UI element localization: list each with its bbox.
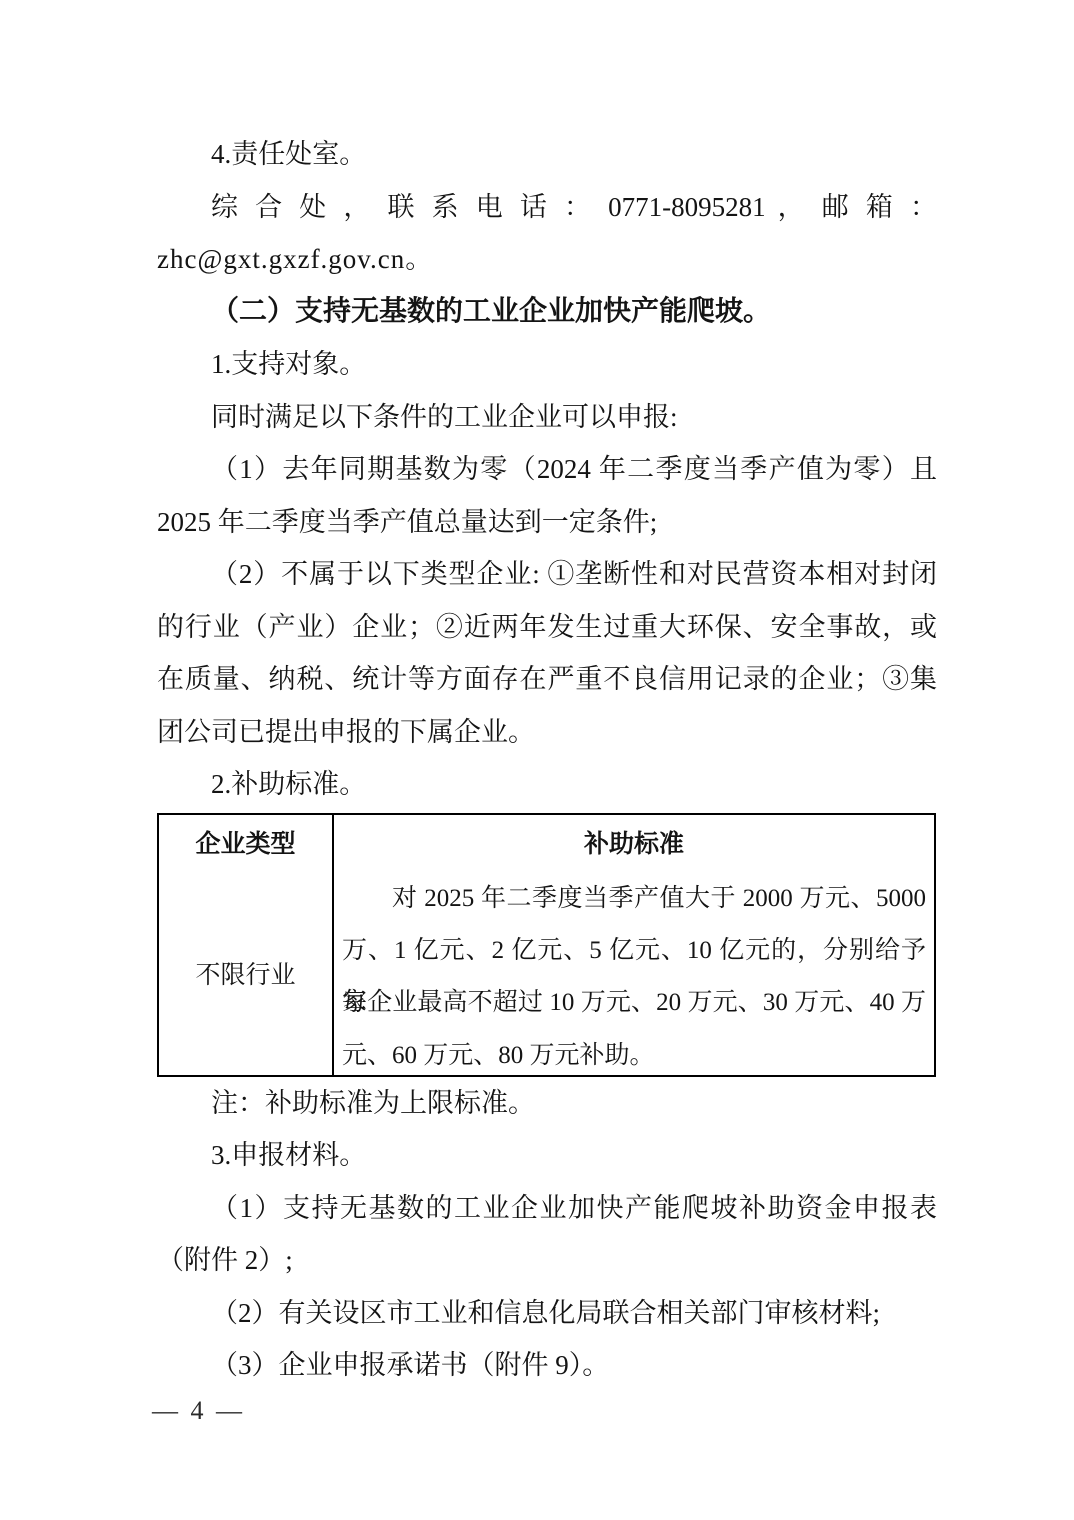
page-number: — 4 —	[152, 1396, 245, 1426]
document-page: 4.责任处室。 综 合 处 ， 联 系 电 话 ： 0771-8095281 ，…	[0, 0, 1074, 1520]
line-responsible-office: 4.责任处室。	[157, 128, 937, 181]
line-item-1-support-target: 1.支持对象。	[157, 338, 937, 391]
subsidy-table: 企业类型 不限行业 补助标准 对 2025 年二季度当季产值大于 2000 万元…	[157, 813, 936, 1077]
table-column-company-type: 企业类型 不限行业	[159, 815, 334, 1075]
line-condition-2b: 的行业（产业）企业；②近两年发生过重大环保、安全事故，或	[157, 601, 937, 654]
table-cell-company-type: 不限行业	[159, 871, 332, 1075]
line-material-2: （2）有关设区市工业和信息化局联合相关部门审核材料;	[157, 1287, 937, 1340]
table-header-standard: 补助标准	[342, 815, 926, 871]
table-cell-standard: 对 2025 年二季度当季产值大于 2000 万元、5000 万、1 亿元、2 …	[342, 871, 926, 1083]
table-column-standard: 补助标准 对 2025 年二季度当季产值大于 2000 万元、5000 万、1 …	[334, 815, 934, 1075]
standard-line-2: 万、1 亿元、2 亿元、5 亿元、10 亿元的，分别给予每	[342, 925, 926, 977]
table-header-company-type: 企业类型	[159, 815, 332, 871]
line-condition-2d: 团公司已提出申报的下属企业。	[157, 706, 937, 759]
line-condition-2a: （2）不属于以下类型企业: ①垄断性和对民营资本相对封闭	[157, 548, 937, 601]
document-body: 4.责任处室。 综 合 处 ， 联 系 电 话 ： 0771-8095281 ，…	[157, 0, 937, 1392]
line-intro-conditions: 同时满足以下条件的工业企业可以申报:	[157, 391, 937, 444]
line-material-1a: （1）支持无基数的工业企业加快产能爬坡补助资金申报表	[157, 1182, 937, 1235]
line-material-1b: （附件 2）;	[157, 1234, 937, 1287]
line-note: 注：补助标准为上限标准。	[157, 1077, 937, 1130]
line-condition-1b: 2025 年二季度当季产值总量达到一定条件;	[157, 496, 937, 549]
line-contact-info: 综 合 处 ， 联 系 电 话 ： 0771-8095281 ， 邮 箱 ：	[157, 181, 937, 234]
line-email: zhc@gxt.gxzf.gov.cn。	[157, 233, 937, 286]
line-condition-1a: （1）去年同期基数为零（2024 年二季度当季产值为零）且	[157, 443, 937, 496]
line-material-3: （3）企业申报承诺书（附件 9）。	[157, 1339, 937, 1392]
standard-line-4: 元、60 万元、80 万元补助。	[342, 1030, 926, 1082]
standard-line-1: 对 2025 年二季度当季产值大于 2000 万元、5000	[342, 873, 926, 925]
line-item-3-application-materials: 3.申报材料。	[157, 1129, 937, 1182]
standard-line-3: 家企业最高不超过 10 万元、20 万元、30 万元、40 万	[342, 977, 926, 1029]
line-condition-2c: 在质量、纳税、统计等方面存在严重不良信用记录的企业；③集	[157, 653, 937, 706]
line-item-2-subsidy-standard: 2.补助标准。	[157, 758, 937, 811]
heading-section-2: （二）支持无基数的工业企业加快产能爬坡。	[157, 286, 937, 339]
